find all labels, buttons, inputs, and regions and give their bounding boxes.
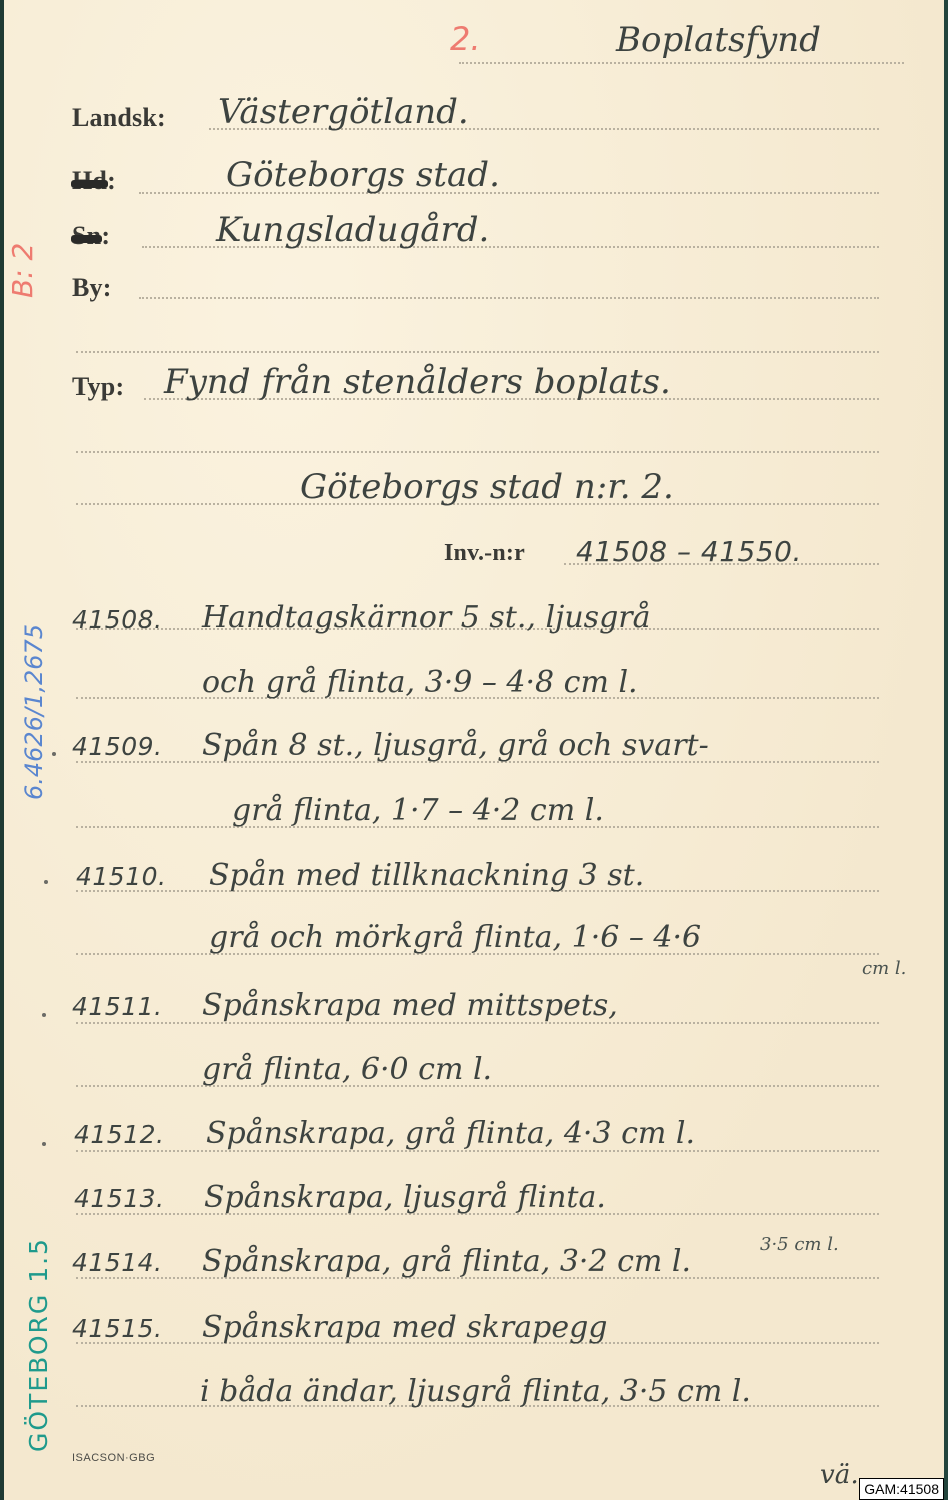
field-value-hd: Göteborgs stad. [226, 155, 500, 195]
entry-number: 41512. [74, 1120, 164, 1149]
entry-number: 41513. [74, 1184, 164, 1213]
entry-number: 41514. [72, 1248, 162, 1277]
entry-line: grå flinta, 6·0 cm l. [202, 1052, 492, 1087]
field-value-sn: Kungsladugård. [216, 210, 489, 250]
tick-mark [52, 752, 56, 756]
entry-number: 41515. [72, 1314, 162, 1343]
entry-line-note: cm l. [862, 958, 906, 979]
entry-line-note: 3·5 cm l. [760, 1234, 839, 1255]
blue-margin-note: 6.4626/1,2675 [20, 624, 48, 800]
entry-line: Handtagskärnor 5 st., ljusgrå [202, 600, 651, 635]
card-edge [944, 0, 948, 1500]
entry-line: Spånskrapa med skrapegg [202, 1310, 608, 1345]
entry-number: 41510. [76, 862, 166, 891]
red-margin-note: B: 2 [6, 243, 39, 298]
entry-line: i båda ändar, ljusgrå flinta, 3·5 cm l. [200, 1374, 751, 1409]
struck-label: Hd [72, 166, 107, 196]
inventory-range: 41508 – 41550. [576, 535, 802, 568]
tick-mark [42, 1013, 46, 1017]
entry-number: 41509. [72, 732, 162, 761]
field-label-by: By: [72, 273, 112, 303]
entry-line: Spånskrapa, grå flinta, 3·2 cm l. [202, 1244, 691, 1279]
entry-line: grå flinta, 1·7 – 4·2 cm l. [232, 793, 604, 828]
entry-line: Spånskrapa, ljusgrå flinta. [204, 1180, 606, 1215]
struck-label: Sn [72, 221, 101, 251]
archive-label: GAM:41508 [859, 1478, 944, 1500]
entry-line: Spånskrapa, grå flinta, 4·3 cm l. [206, 1116, 695, 1151]
field-value-landsk: Västergötland. [218, 92, 469, 132]
entry-line: grå och mörkgrå flinta, 1·6 – 4·6 [209, 920, 701, 955]
goteborg-stamp: GÖTEBORG 1.5 [24, 1237, 53, 1452]
tick-mark [42, 1142, 46, 1146]
entry-line: Spånskrapa med mittspets, [202, 988, 618, 1023]
entry-line: Spån 8 st., ljusgrå, grå och svart- [202, 728, 709, 763]
category-heading: Boplatsfynd [616, 20, 821, 60]
rule-line [76, 451, 879, 453]
inventory-label: Inv.-n:r [444, 540, 525, 567]
field-label-typ: Typ: [72, 372, 124, 402]
catalog-card: 2. Boplatsfynd B: 2 Landsk: Hd: Sn: By: … [4, 0, 944, 1500]
field-label-sn: Sn: [72, 221, 110, 251]
field-value-typ: Fynd från stenålders boplats. [164, 362, 671, 402]
tick-mark [44, 880, 48, 884]
site-name: Göteborgs stad n:r. 2. [300, 467, 674, 507]
entry-line: Spån med tillknackning 3 st. [209, 858, 644, 893]
rule-line [139, 297, 879, 299]
red-card-number: 2. [450, 20, 481, 58]
entry-line: och grå flinta, 3·9 – 4·8 cm l. [202, 665, 638, 700]
field-label-landsk: Landsk: [72, 103, 166, 133]
entry-number: 41508. [72, 605, 162, 634]
field-label-hd: Hd: [72, 166, 116, 196]
printer-mark: ISACSON·GBG [72, 1452, 155, 1464]
rule-line [459, 62, 904, 64]
rule-line [76, 351, 879, 353]
entry-number: 41511. [72, 992, 162, 1021]
